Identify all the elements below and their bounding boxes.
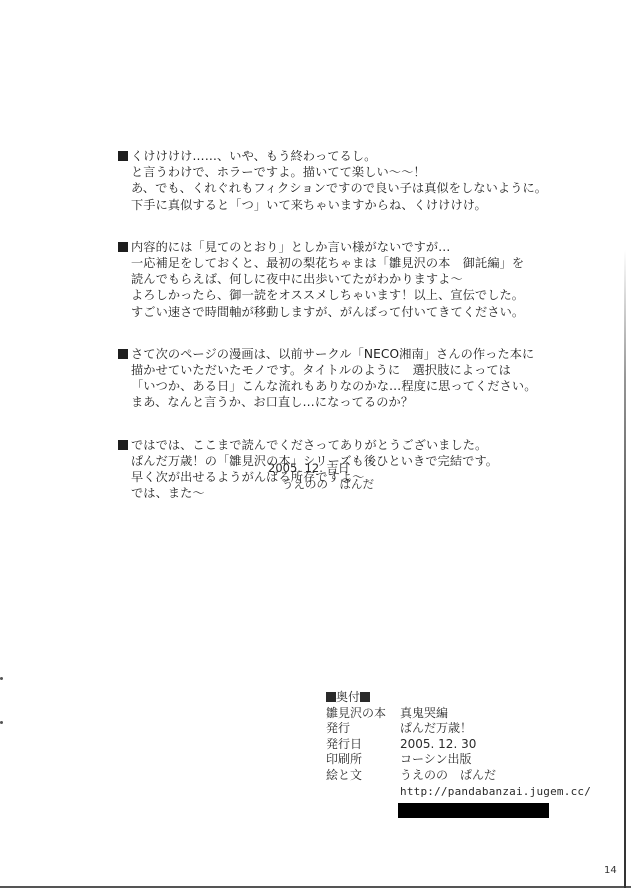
colophon-row-publisher: 発行ぱんだ万歳！	[326, 721, 591, 737]
paragraph-line: よろしかったら、御一読をオススメしちゃいます！以上、宣伝でした。	[118, 287, 578, 303]
paragraph-1: くけけけけ……、いや、もう終わってるし。 と言うわけで、ホラーですよ。描いてて楽…	[118, 148, 578, 213]
paragraph-line: と言うわけで、ホラーですよ。描いてて楽しい〜〜！	[118, 164, 578, 180]
bullet-square-icon	[118, 151, 128, 161]
edge-mark	[0, 721, 3, 724]
paragraph-line: 内容的には「見てのとおり」としか言い様がないですが…	[131, 240, 450, 254]
redacted-bar	[398, 803, 549, 818]
signature-date: 2005. 12. 吉日	[268, 460, 374, 476]
colophon-row-title: 雛見沢の本真鬼哭編	[326, 706, 591, 722]
paragraph-2: 内容的には「見てのとおり」としか言い様がないですが… 一応補足をしておくと、最初…	[118, 239, 578, 320]
colophon: 奥付 雛見沢の本真鬼哭編 発行ぱんだ万歳！ 発行日2005. 12. 30 印刷…	[326, 690, 591, 818]
paragraph-line: 描かせていただいたモノです。タイトルのように 選択肢によっては	[118, 362, 578, 378]
paragraph-line: ではでは、ここまで読んでくださってありがとうございました。	[131, 438, 487, 452]
colophon-row-author: 絵と文うえのの ぱんだ	[326, 768, 591, 784]
edge-mark	[0, 677, 3, 680]
paragraph-line: 下手に真似すると「つ」いて来ちゃいますからね、くけけけけ。	[118, 197, 578, 213]
colophon-url: http://pandabanzai.jugem.cc/	[326, 784, 591, 800]
paragraph-line: すごい速さで時間軸が移動しますが、がんばって付いてきてください。	[118, 304, 578, 320]
colophon-row-date: 発行日2005. 12. 30	[326, 737, 591, 753]
colophon-heading: 奥付	[326, 690, 591, 706]
paragraph-line: さて次のページの漫画は、以前サークル「NECO湘南」さんの作った本に	[131, 347, 534, 361]
paragraph-line: くけけけけ……、いや、もう終わってるし。	[131, 149, 376, 163]
page-bottom-border	[0, 886, 631, 888]
square-icon	[326, 692, 336, 702]
square-icon	[360, 692, 370, 702]
signature-author: うえのの ぱんだ	[268, 476, 374, 492]
colophon-row-printer: 印刷所コーシン出版	[326, 752, 591, 768]
signature: 2005. 12. 吉日 うえのの ぱんだ	[268, 460, 374, 492]
paragraph-line: 一応補足をしておくと、最初の梨花ちゃまは「雛見沢の本 御託編」を	[118, 255, 578, 271]
bullet-square-icon	[118, 349, 128, 359]
paragraph-line: あ、でも、くれぐれもフィクションですので良い子は真似をしないように。	[118, 180, 578, 196]
paragraph-line: 「いつか、ある日」こんな流れもありなのかな…程度に思ってください。	[118, 378, 578, 394]
bullet-square-icon	[118, 242, 128, 252]
paragraph-3: さて次のページの漫画は、以前サークル「NECO湘南」さんの作った本に 描かせてい…	[118, 346, 578, 411]
page-right-border	[624, 250, 626, 888]
paragraph-line: 読んでもらえば、何しに夜中に出歩いてたがわかりますよ〜	[118, 271, 578, 287]
page-number: 14	[604, 865, 617, 876]
paragraph-line: まあ、なんと言うか、お口直し…になってるのか？	[118, 394, 578, 410]
bullet-square-icon	[118, 440, 128, 450]
